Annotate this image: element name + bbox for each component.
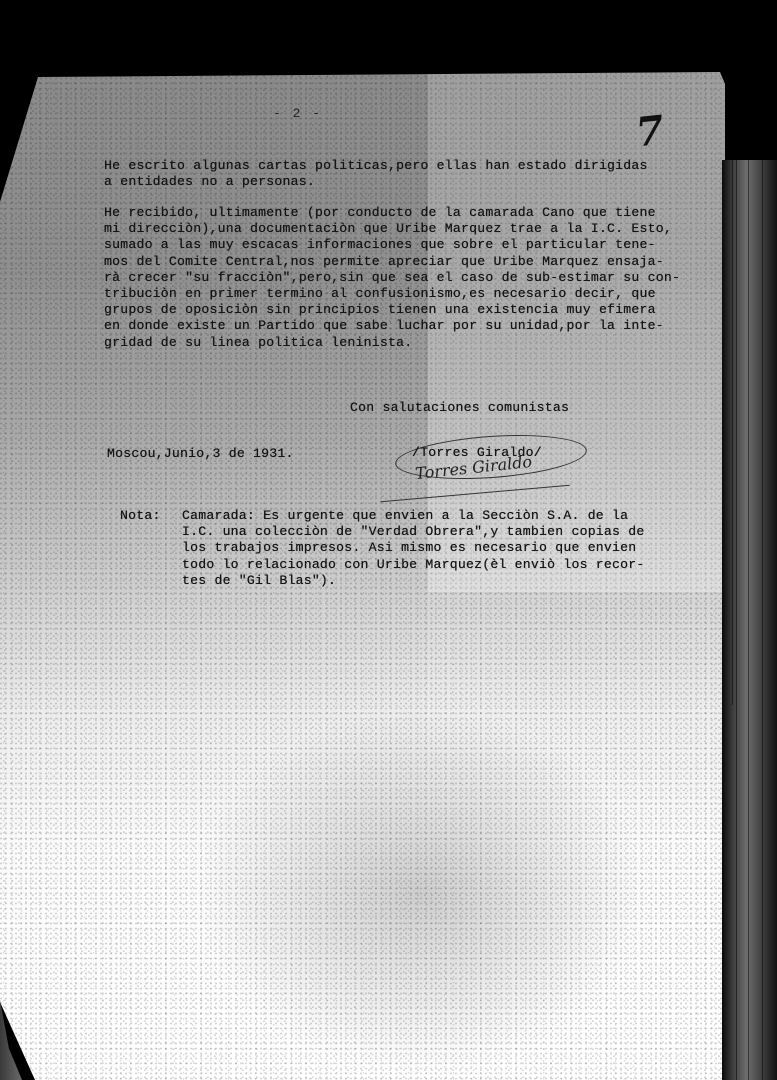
paragraph-1: He escrito algunas cartas politicas,pero… (104, 158, 648, 190)
paragraph-2: He recibido, ultimamente (por conducto d… (104, 205, 680, 351)
typed-line: gridad de su linea politica leninista. (104, 335, 680, 351)
binding-line (748, 160, 749, 1080)
fold-line (732, 115, 733, 705)
typed-line: I.C. una colecciòn de "Verdad Obrera",y … (182, 524, 645, 540)
place-and-date: Moscou,Junio,3 de 1931. (107, 446, 294, 462)
typed-line: mos del Comite Central,nos permite aprec… (104, 254, 680, 270)
typed-line: mi direcciòn),una documentaciòn que Urib… (104, 221, 680, 237)
typed-line: a entidades no a personas. (104, 174, 648, 190)
typed-line: Camarada: Es urgente que envien a la Sec… (182, 508, 645, 524)
typed-line: tes de "Gil Blas"). (182, 573, 645, 589)
typed-line: sumado a las muy escacas informaciones q… (104, 237, 680, 253)
binding-shadow (722, 160, 777, 1080)
binding-line (762, 160, 763, 1080)
typed-line: rà crecer "su fracciòn",pero,sin que sea… (104, 270, 680, 286)
note-label: Nota: (120, 508, 161, 524)
binding-line (736, 160, 737, 1080)
typed-line: He recibido, ultimamente (por conducto d… (104, 205, 680, 221)
closing-salutation: Con salutaciones comunistas (350, 400, 569, 416)
note-body: Camarada: Es urgente que envien a la Sec… (182, 508, 645, 589)
handwritten-page-number: 7 (634, 107, 667, 157)
typed-line: los trabajos impresos. Asi mismo es nece… (182, 540, 645, 556)
typed-line: He escrito algunas cartas politicas,pero… (104, 158, 648, 174)
typed-line: en donde existe un Partido que sabe luch… (104, 318, 680, 334)
scanned-document-page: - 2 - 7 He escrito algunas cartas politi… (0, 0, 777, 1080)
typed-line: grupos de oposiciòn sin principios tiene… (104, 302, 680, 318)
header-page-mark: - 2 - (273, 106, 322, 121)
typed-line: tribuciòn en primer termino al confusion… (104, 286, 680, 302)
typed-line: todo lo relacionado con Uribe Marquez(èl… (182, 557, 645, 573)
